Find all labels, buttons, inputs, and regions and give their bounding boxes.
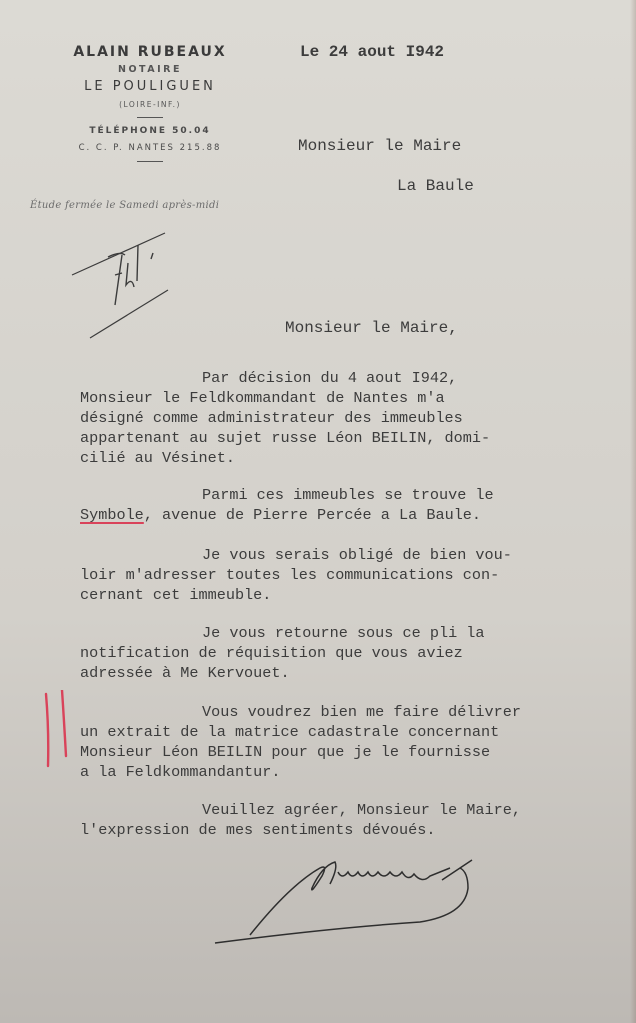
notary-department: (LOIRE-INF.) [40,100,260,109]
paragraph-1: Par décision du 4 aout I942, Monsieur le… [80,368,490,468]
divider [137,117,163,118]
notary-name: ALAIN RUBEAUX [40,44,260,60]
closing-paragraph: Veuillez agréer, Monsieur le Maire, l'ex… [80,800,521,840]
divider [137,161,163,162]
red-margin-mark [40,690,70,770]
office-hours-note: Étude fermée le Samedi après-midi [30,200,270,211]
notary-title: NOTAIRE [40,64,260,75]
paragraph-4: Je vous retourne sous ce pli la notifica… [80,623,485,683]
notary-phone: TÉLÉPHONE 50.04 [40,126,260,136]
paragraph-2: Parmi ces immeubles se trouve le Symbole… [80,485,494,525]
paper-edge [630,0,636,1023]
signature [210,850,510,950]
handwritten-reference-mark [60,225,180,345]
greeting: Monsieur le Maire, [285,318,458,338]
recipient-line-1: Monsieur le Maire [298,136,461,156]
underlined-property-name: Symbole [80,506,144,524]
letter-date: Le 24 aout I942 [300,42,444,62]
notary-ccp: C. C. P. NANTES 215.88 [40,143,260,153]
recipient-line-2: La Baule [397,176,474,196]
paragraph-5: Vous voudrez bien me faire délivrer un e… [80,702,521,782]
paragraph-3: Je vous serais obligé de bien vou- loir … [80,545,512,605]
letterhead: ALAIN RUBEAUX NOTAIRE LE POULIGUEN (LOIR… [40,44,260,170]
notary-town: LE POULIGUEN [40,79,260,94]
